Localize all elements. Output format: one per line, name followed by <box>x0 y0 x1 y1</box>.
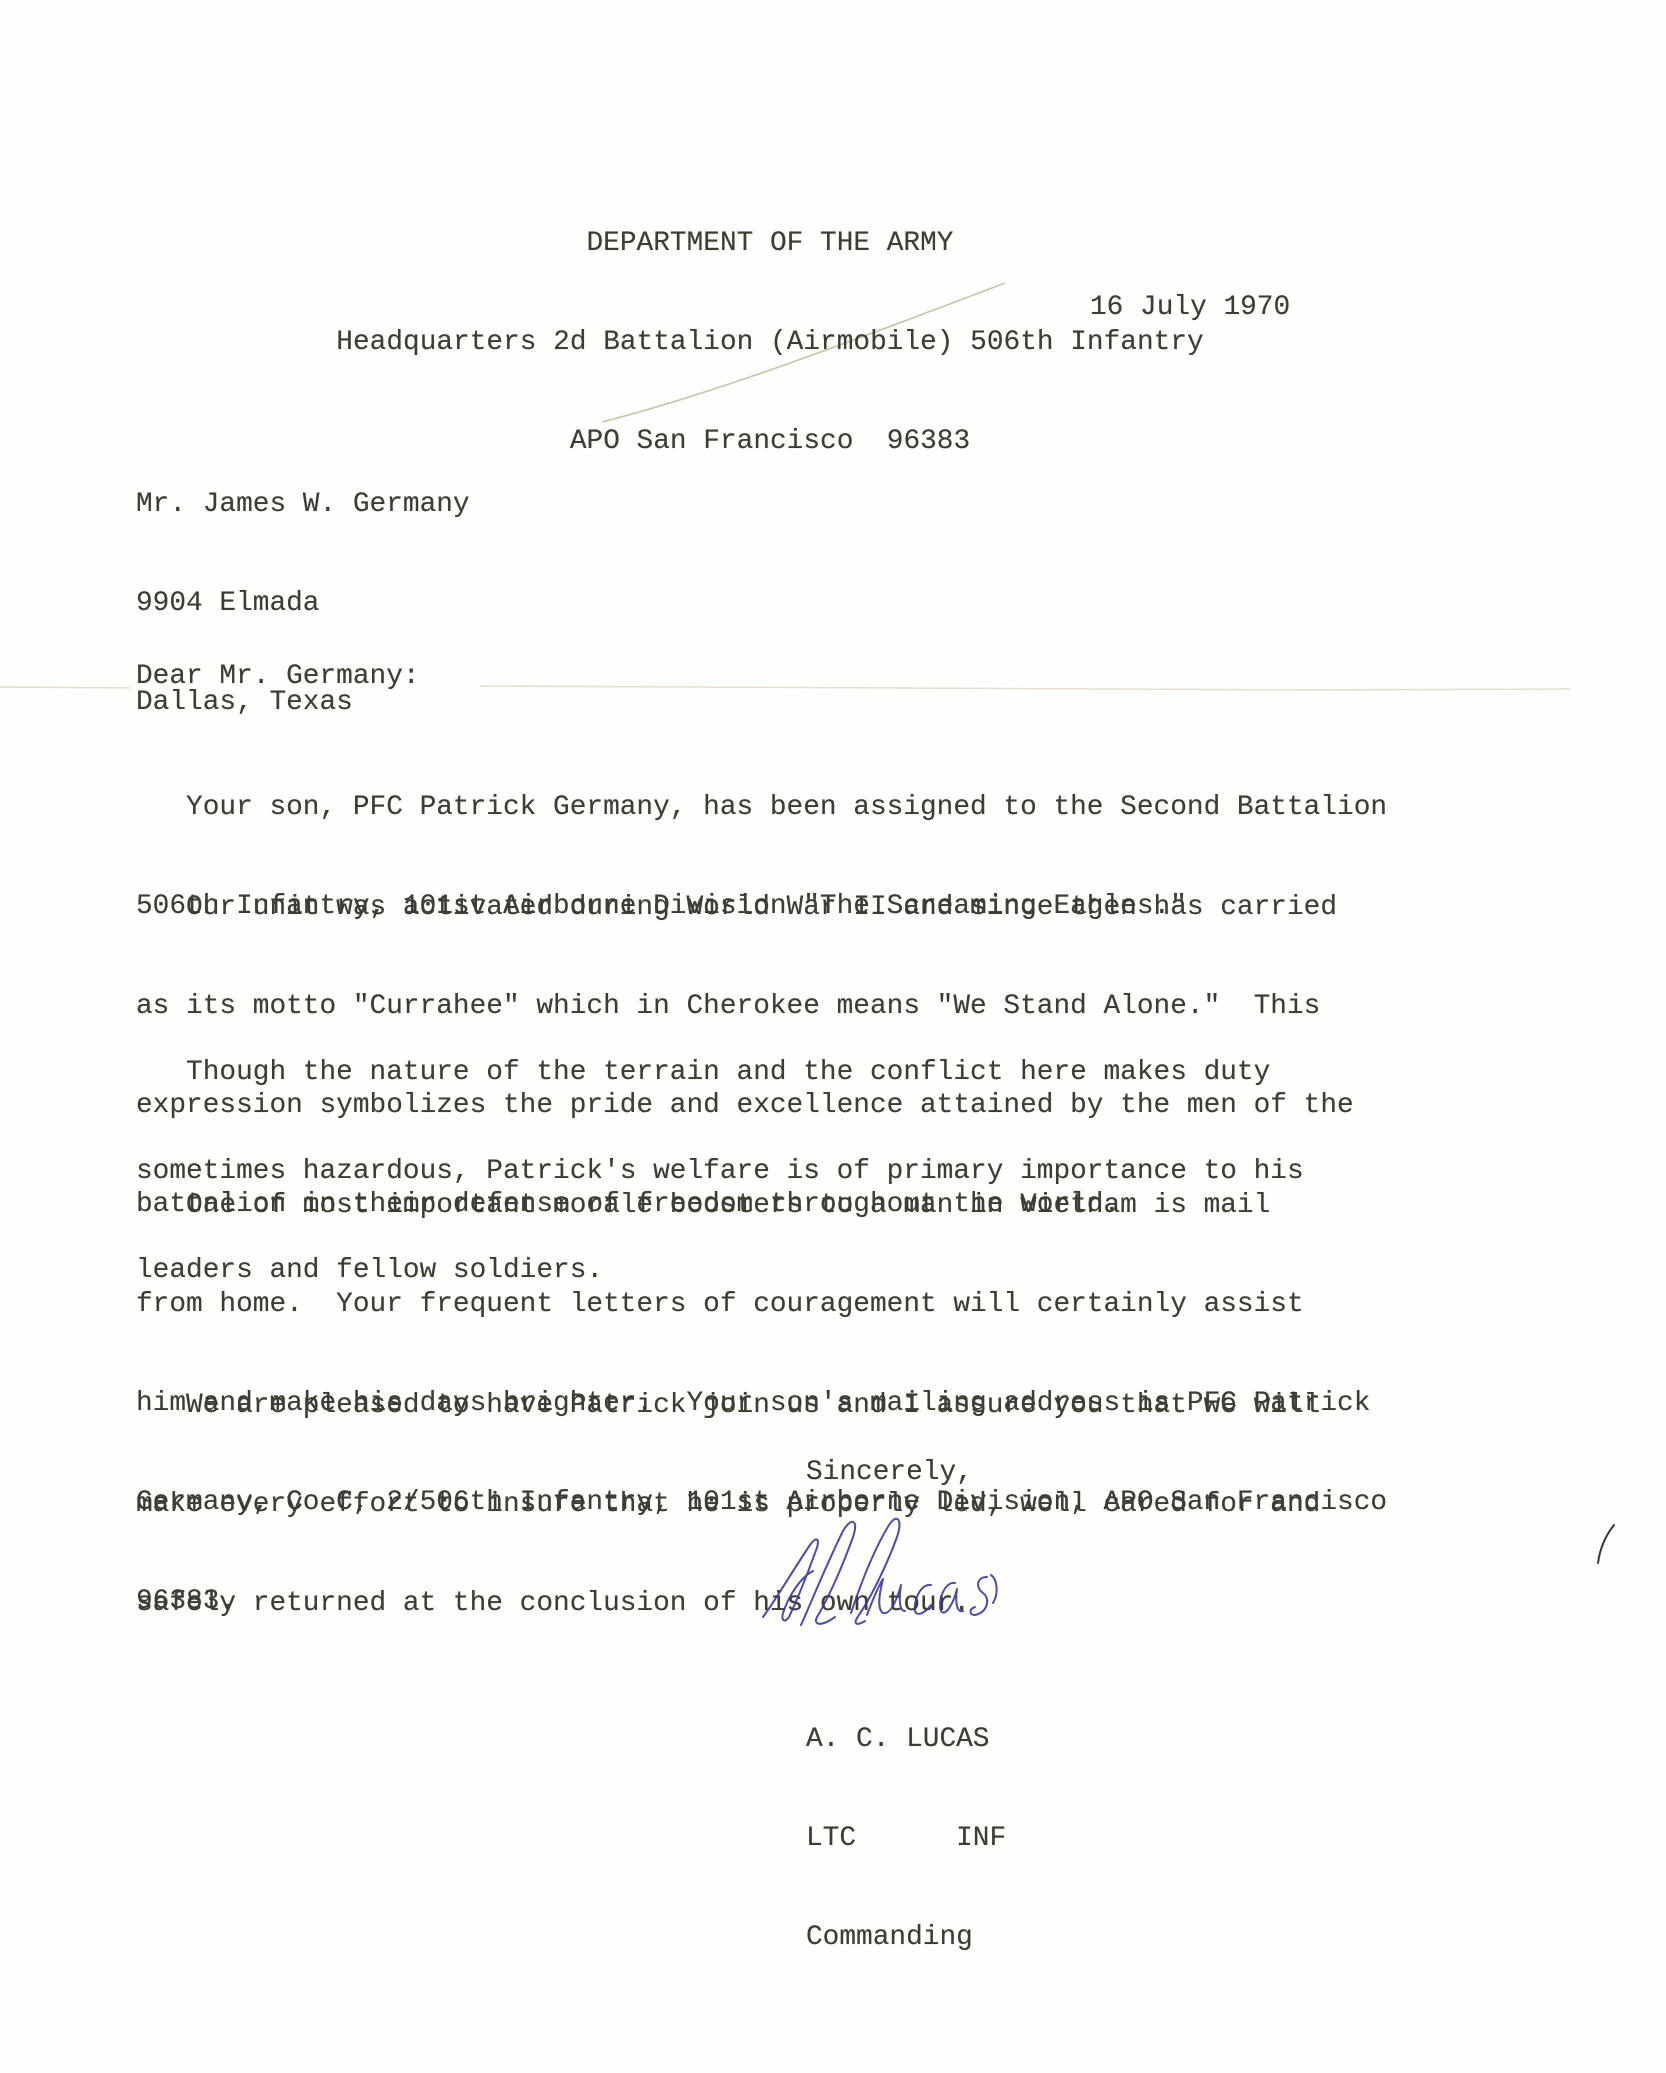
salutation: Dear Mr. Germany: <box>136 660 420 693</box>
signature-block: A. C. LUCAS LTC INF Commanding <box>806 1657 1006 2020</box>
signature-image <box>755 1505 1015 1640</box>
letter-page: DEPARTMENT OF THE ARMY Headquarters 2d B… <box>0 0 1666 2073</box>
paragraph-line: One of most important morale boosters to… <box>136 1189 1556 1222</box>
paragraph-line: Our unit was activated during World War … <box>136 891 1556 924</box>
letterhead-unit: Headquarters 2d Battalion (Airmobile) 50… <box>0 326 1540 359</box>
recipient-street: 9904 Elmada <box>136 587 470 620</box>
paragraph-line: Your son, PFC Patrick Germany, has been … <box>136 791 1556 824</box>
closing: Sincerely, <box>806 1456 973 1489</box>
paragraph-line: from home. Your frequent letters of cour… <box>136 1288 1556 1321</box>
signatory-name: A. C. LUCAS <box>806 1723 1006 1756</box>
signatory-rank-branch: LTC INF <box>806 1822 1006 1855</box>
recipient-name: Mr. James W. Germany <box>136 488 470 521</box>
paragraph-line: We are pleased to have Patrick join us a… <box>136 1389 1556 1422</box>
paragraph-line: Though the nature of the terrain and the… <box>136 1056 1556 1089</box>
signatory-title: Commanding <box>806 1921 1006 1954</box>
letter-date: 16 July 1970 <box>1090 291 1290 324</box>
letterhead-organization: DEPARTMENT OF THE ARMY <box>0 227 1540 260</box>
